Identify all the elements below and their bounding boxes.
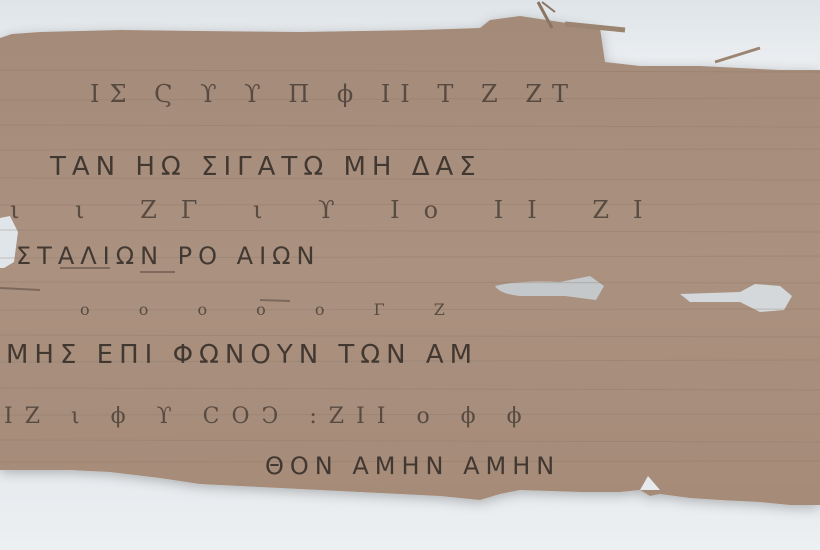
musical-notation-line-4: ΙΖ ι ϕ ϒ ϹΟϽ :ΖΙΙ ο ϕ ϕ [4,404,534,429]
text-line-3: ΜΗΣ ΕΠΙ ΦΩΝΟΥΝ ΤΩΝ ΑΜ [6,340,478,370]
text-line-2: ΣΤΑΛΙΩΝ ΡΟ ΑΙΩΝ [16,242,320,270]
musical-notation-line-2: ι ι ΖΓ ι ϒ Ιο ΙΙ ΖΙ [10,196,666,224]
text-line-1: ΤΑΝ ΗΩ ΣΙΓΑΤΩ ΜΗ ΔΑΣ [50,152,482,182]
musical-notation-line-3: ο ο ο ο ο Γ Ζ [80,300,467,319]
text-line-4: ΘΟΝ ΑΜΗΝ ΑΜΗΝ [265,452,560,480]
musical-notation-line-1: ΙΣ Ϛ ϒ ϒ Π ϕ ΙΙ Τ Ζ ΖΤ [90,80,578,108]
